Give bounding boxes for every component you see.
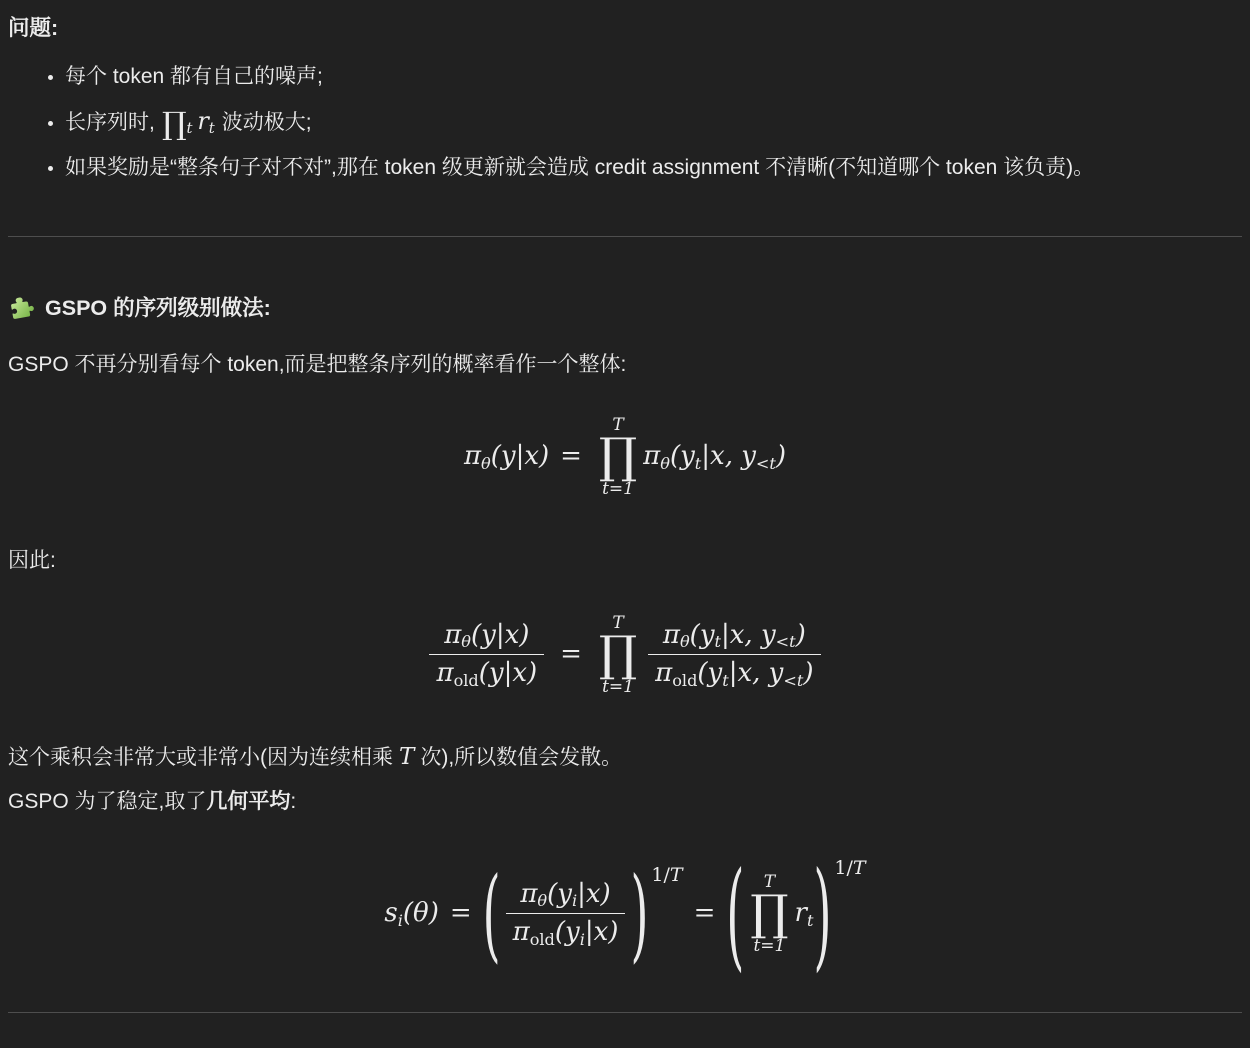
- fraction-numerator: πθ(y|x): [437, 621, 536, 655]
- math-token: 1/: [834, 857, 853, 879]
- math-token: s: [384, 898, 397, 928]
- fraction: πθ(y|x) πold(y|x): [429, 621, 544, 690]
- math-token: t: [715, 632, 721, 651]
- math-token: θ: [680, 632, 690, 651]
- math-token: (y: [555, 917, 580, 947]
- section-divider: [8, 1012, 1242, 1013]
- math-token: t=1: [602, 677, 634, 697]
- math-token: T: [853, 857, 866, 879]
- therefore-paragraph: 因此:: [8, 547, 1242, 575]
- fraction: πθ(yt|x, y<t) πold(yt|x, y<t): [648, 621, 820, 690]
- list-item: 每个 token 都有自己的噪声;: [65, 55, 1242, 99]
- problem-heading: 问题:: [8, 14, 1242, 42]
- math-token: |x, y: [721, 620, 776, 650]
- math-token: i: [580, 930, 585, 949]
- math-token: θ: [537, 891, 547, 910]
- divergence-line: 这个乘积会非常大或非常小(因为连续相乘T次),所以数值会发散。: [8, 735, 1242, 780]
- bullet-text: 长序列时,: [65, 111, 155, 134]
- math-token: ): [776, 441, 786, 471]
- math-token: π: [643, 441, 660, 471]
- math-token: (y|x): [471, 620, 529, 650]
- product-symbol: ∏: [599, 633, 637, 676]
- math-token: i: [572, 891, 577, 910]
- math-token: (y: [690, 620, 715, 650]
- math-token: ): [803, 658, 813, 688]
- math-token: (y: [547, 879, 572, 909]
- fraction-numerator: πθ(yi|x): [513, 880, 617, 914]
- bullet-text: 如果奖励是“整条句子对不对”,那在 token 级更新就会造成 credit a…: [65, 156, 1094, 179]
- list-item: 如果奖励是“整条句子对不对”,那在 token 级更新就会造成 credit a…: [65, 146, 1242, 190]
- math-token: |x): [585, 917, 619, 947]
- exponent: 1/T: [651, 864, 682, 886]
- math-token: (y|x): [479, 658, 537, 688]
- fraction-numerator: πθ(yt|x, y<t): [656, 621, 813, 655]
- product-operator: T∏t=1: [599, 415, 637, 499]
- puzzle-icon: [8, 295, 35, 322]
- product-symbol: ∏: [750, 892, 788, 935]
- geometric-mean-bold: 几何平均: [206, 790, 290, 813]
- math-token: π: [655, 658, 672, 688]
- math-token: π: [663, 620, 680, 650]
- math-token: i: [398, 911, 403, 930]
- math-token: T: [670, 864, 683, 886]
- product-operator: T∏t=1: [599, 613, 637, 697]
- fraction-denominator: πold(yi|x): [506, 913, 626, 948]
- math-token: π: [444, 620, 461, 650]
- math-token: old: [530, 930, 555, 949]
- math-token: t=1: [602, 479, 634, 499]
- math-token: (y: [697, 658, 722, 688]
- math-token: |x, y: [701, 441, 756, 471]
- text-run: 次),所以数值会发散。: [420, 746, 622, 769]
- formula-geometric-mean: si(θ)=( πθ(yi|x) πold(yi|x) )1/T=(T∏t=1r…: [8, 846, 1242, 982]
- equals-sign: =: [450, 898, 472, 928]
- math-token: |x): [577, 879, 611, 909]
- math-token: t=1: [753, 936, 785, 956]
- list-item: 长序列时,∏t rt波动极大;: [65, 99, 1242, 146]
- bullet-text: 每个 token 都有自己的噪声;: [65, 65, 323, 88]
- left-paren: (: [483, 863, 501, 964]
- equals-sign: =: [560, 639, 582, 669]
- math-token: <t: [756, 454, 776, 473]
- formula-ratio-product: πθ(y|x) πold(y|x) =T∏t=1 πθ(yt|x, y<t) π…: [8, 601, 1242, 709]
- inline-product-math: ∏t rt: [162, 107, 215, 135]
- math-token: <t: [776, 632, 796, 651]
- bullet-text: 波动极大;: [222, 111, 312, 134]
- math-token: old: [454, 671, 479, 690]
- math-token: t: [187, 119, 193, 137]
- product-symbol: ∏: [599, 435, 637, 478]
- gspo-section-heading: GSPO 的序列级别做法:: [8, 293, 1242, 323]
- math-token: r: [197, 107, 208, 135]
- right-paren: ): [813, 855, 831, 972]
- divergence-paragraph-block: 这个乘积会非常大或非常小(因为连续相乘T次),所以数值会发散。 GSPO 为了稳…: [8, 735, 1242, 824]
- math-token: T: [399, 744, 414, 770]
- text-run: GSPO 为了稳定,取了: [8, 790, 206, 813]
- math-token: π: [513, 917, 530, 947]
- right-paren: ): [630, 863, 648, 964]
- text-run: 这个乘积会非常大或非常小(因为连续相乘: [8, 746, 393, 769]
- math-token: old: [672, 671, 697, 690]
- math-token: ∏: [162, 106, 187, 142]
- intro-paragraph: GSPO 不再分别看每个 token,而是把整条序列的概率看作一个整体:: [8, 351, 1242, 379]
- math-token: t: [722, 671, 728, 690]
- fraction-denominator: πold(yt|x, y<t): [648, 654, 820, 689]
- fraction: πθ(yi|x) πold(yi|x): [506, 880, 626, 949]
- math-token: r: [795, 898, 807, 928]
- problem-list: 每个 token 都有自己的噪声; 长序列时,∏t rt波动极大; 如果奖励是“…: [8, 55, 1242, 190]
- math-token: π: [436, 658, 453, 688]
- math-token: π: [520, 879, 537, 909]
- formula-sequence-probability: πθ(y|x)=T∏t=1πθ(yt|x, y<t): [8, 407, 1242, 507]
- exponent: 1/T: [834, 857, 865, 879]
- fraction-denominator: πold(y|x): [429, 654, 544, 689]
- math-token: |x, y: [729, 658, 784, 688]
- math-token: ): [796, 620, 806, 650]
- product-operator: T∏t=1: [750, 872, 788, 956]
- equals-sign: =: [694, 898, 716, 928]
- math-token: θ: [461, 632, 471, 651]
- math-token: t: [209, 119, 215, 137]
- chat-message-content: 问题: 每个 token 都有自己的噪声; 长序列时,∏t rt波动极大; 如果…: [0, 14, 1250, 1013]
- math-token: 1/: [651, 864, 670, 886]
- math-token: θ: [481, 454, 491, 473]
- math-token: t: [695, 454, 701, 473]
- math-token: <t: [783, 671, 803, 690]
- equals-sign: =: [560, 441, 582, 471]
- left-paren: (: [726, 855, 744, 972]
- gspo-heading-text: GSPO 的序列级别做法:: [45, 293, 271, 323]
- section-divider: [8, 236, 1242, 237]
- math-token: (y: [670, 441, 695, 471]
- text-run: :: [290, 790, 296, 813]
- stability-line: GSPO 为了稳定,取了几何平均:: [8, 780, 1242, 824]
- math-token: θ: [660, 454, 670, 473]
- math-token: (θ): [403, 898, 439, 928]
- math-token: (y|x): [491, 441, 549, 471]
- math-token: π: [464, 441, 481, 471]
